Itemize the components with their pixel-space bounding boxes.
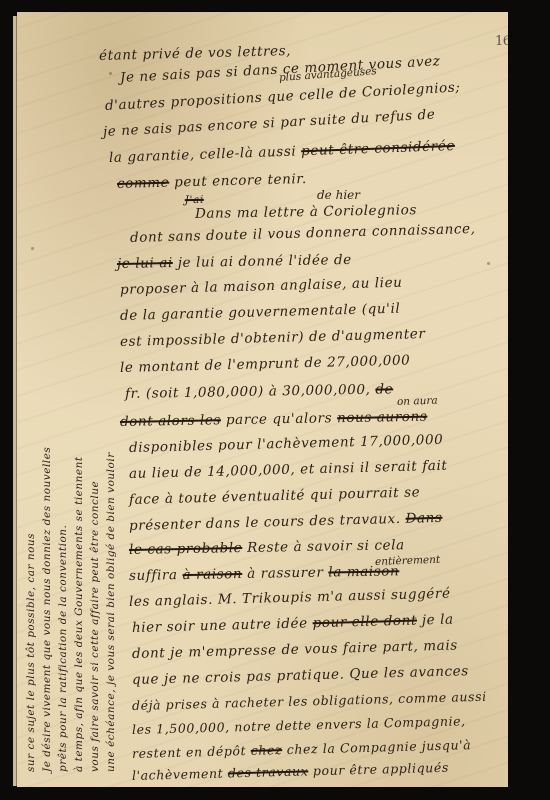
text-line-7: J'aiDans ma lettre à Coriolegnios xyxy=(195,202,417,222)
text-line-20: le cas probable Reste à savoir si cela xyxy=(129,537,405,558)
text-line-24: dont je m'empresse de vous faire part, m… xyxy=(132,637,458,662)
folio-number: 16/4 xyxy=(495,34,508,49)
text-line-19: présenter dans le cours des travaux. Dan… xyxy=(129,510,443,534)
text-line-14: fr. (soit 1,080,000) à 30,000,000, de xyxy=(125,381,393,402)
text-line-26: déjà prises à racheter les obligations, … xyxy=(132,689,487,713)
text-line-13: le montant de l'emprunt de 27,000,000 xyxy=(120,352,411,376)
text-line-9: je lui ai je lui ai donné l'idée de xyxy=(117,252,352,272)
text-line-27: les 1,500,000, notre dette envers la Com… xyxy=(132,713,466,737)
text-line-11: de la garantie gouvernementale (qu'il xyxy=(120,301,401,324)
margin-note-col-5: Je désire vivement que vous nous donniez… xyxy=(41,202,53,772)
scanned-manuscript-page: 16/4 étant privé de vos lettres, Je ne s… xyxy=(0,0,550,800)
text-line-1: étant privé de vos lettres, xyxy=(99,43,291,64)
text-line-10: proposer à la maison anglaise, au lieu xyxy=(120,275,403,298)
text-line-21: suffira à raison à rassurer la maison xyxy=(129,563,400,584)
margin-note-col-6: sur ce sujet le plus tôt possible, car n… xyxy=(25,212,37,772)
margin-note-col-4: prêts pour la ratification de la convent… xyxy=(57,212,69,772)
manuscript-sheet: 16/4 étant privé de vos lettres, Je ne s… xyxy=(17,12,508,787)
text-line-12: est impossible d'obtenir) de d'augmenter xyxy=(120,326,426,350)
text-line-5: la garantie, celle-là aussi peut être co… xyxy=(109,138,456,166)
margin-note-col-2: vous faire savoir si cette affaire peut … xyxy=(89,312,101,772)
text-line-23: hier soir une autre idée pour elle dont … xyxy=(132,612,454,636)
margin-note-col-1: une échéance, je vous serai bien obligé … xyxy=(105,332,117,772)
text-line-8: dont sans doute il vous donnera connaiss… xyxy=(130,221,476,246)
text-line-18: face à toute éventualité qui pourrait se xyxy=(129,484,421,508)
insertion-3: on aura xyxy=(397,395,438,408)
text-line-22: les anglais. M. Trikoupis m'a aussi sugg… xyxy=(129,586,451,610)
paper-speck xyxy=(487,262,490,265)
text-line-29: l'achèvement des travaux pour être appli… xyxy=(132,760,449,783)
paper-speck xyxy=(109,72,112,75)
text-line-25: que je ne crois pas pratique. Que les av… xyxy=(132,663,469,688)
text-line-6: comme peut encore tenir. xyxy=(117,171,307,192)
insertion-2: de hier xyxy=(317,188,360,202)
text-line-15: dont alors les parce qu'alors nous auron… xyxy=(120,409,428,430)
text-line-28: restent en dépôt chez chez la Compagnie … xyxy=(132,737,472,761)
text-line-4: je ne sais pas encore si par suite du re… xyxy=(103,107,436,140)
text-line-16: disponibles pour l'achèvement 17,000,000 xyxy=(129,432,444,456)
margin-note-col-3: à temps, afin que les deux Gouvernements… xyxy=(73,252,85,772)
text-line-17: au lieu de 14,000,000, et ainsi il serai… xyxy=(129,458,448,482)
